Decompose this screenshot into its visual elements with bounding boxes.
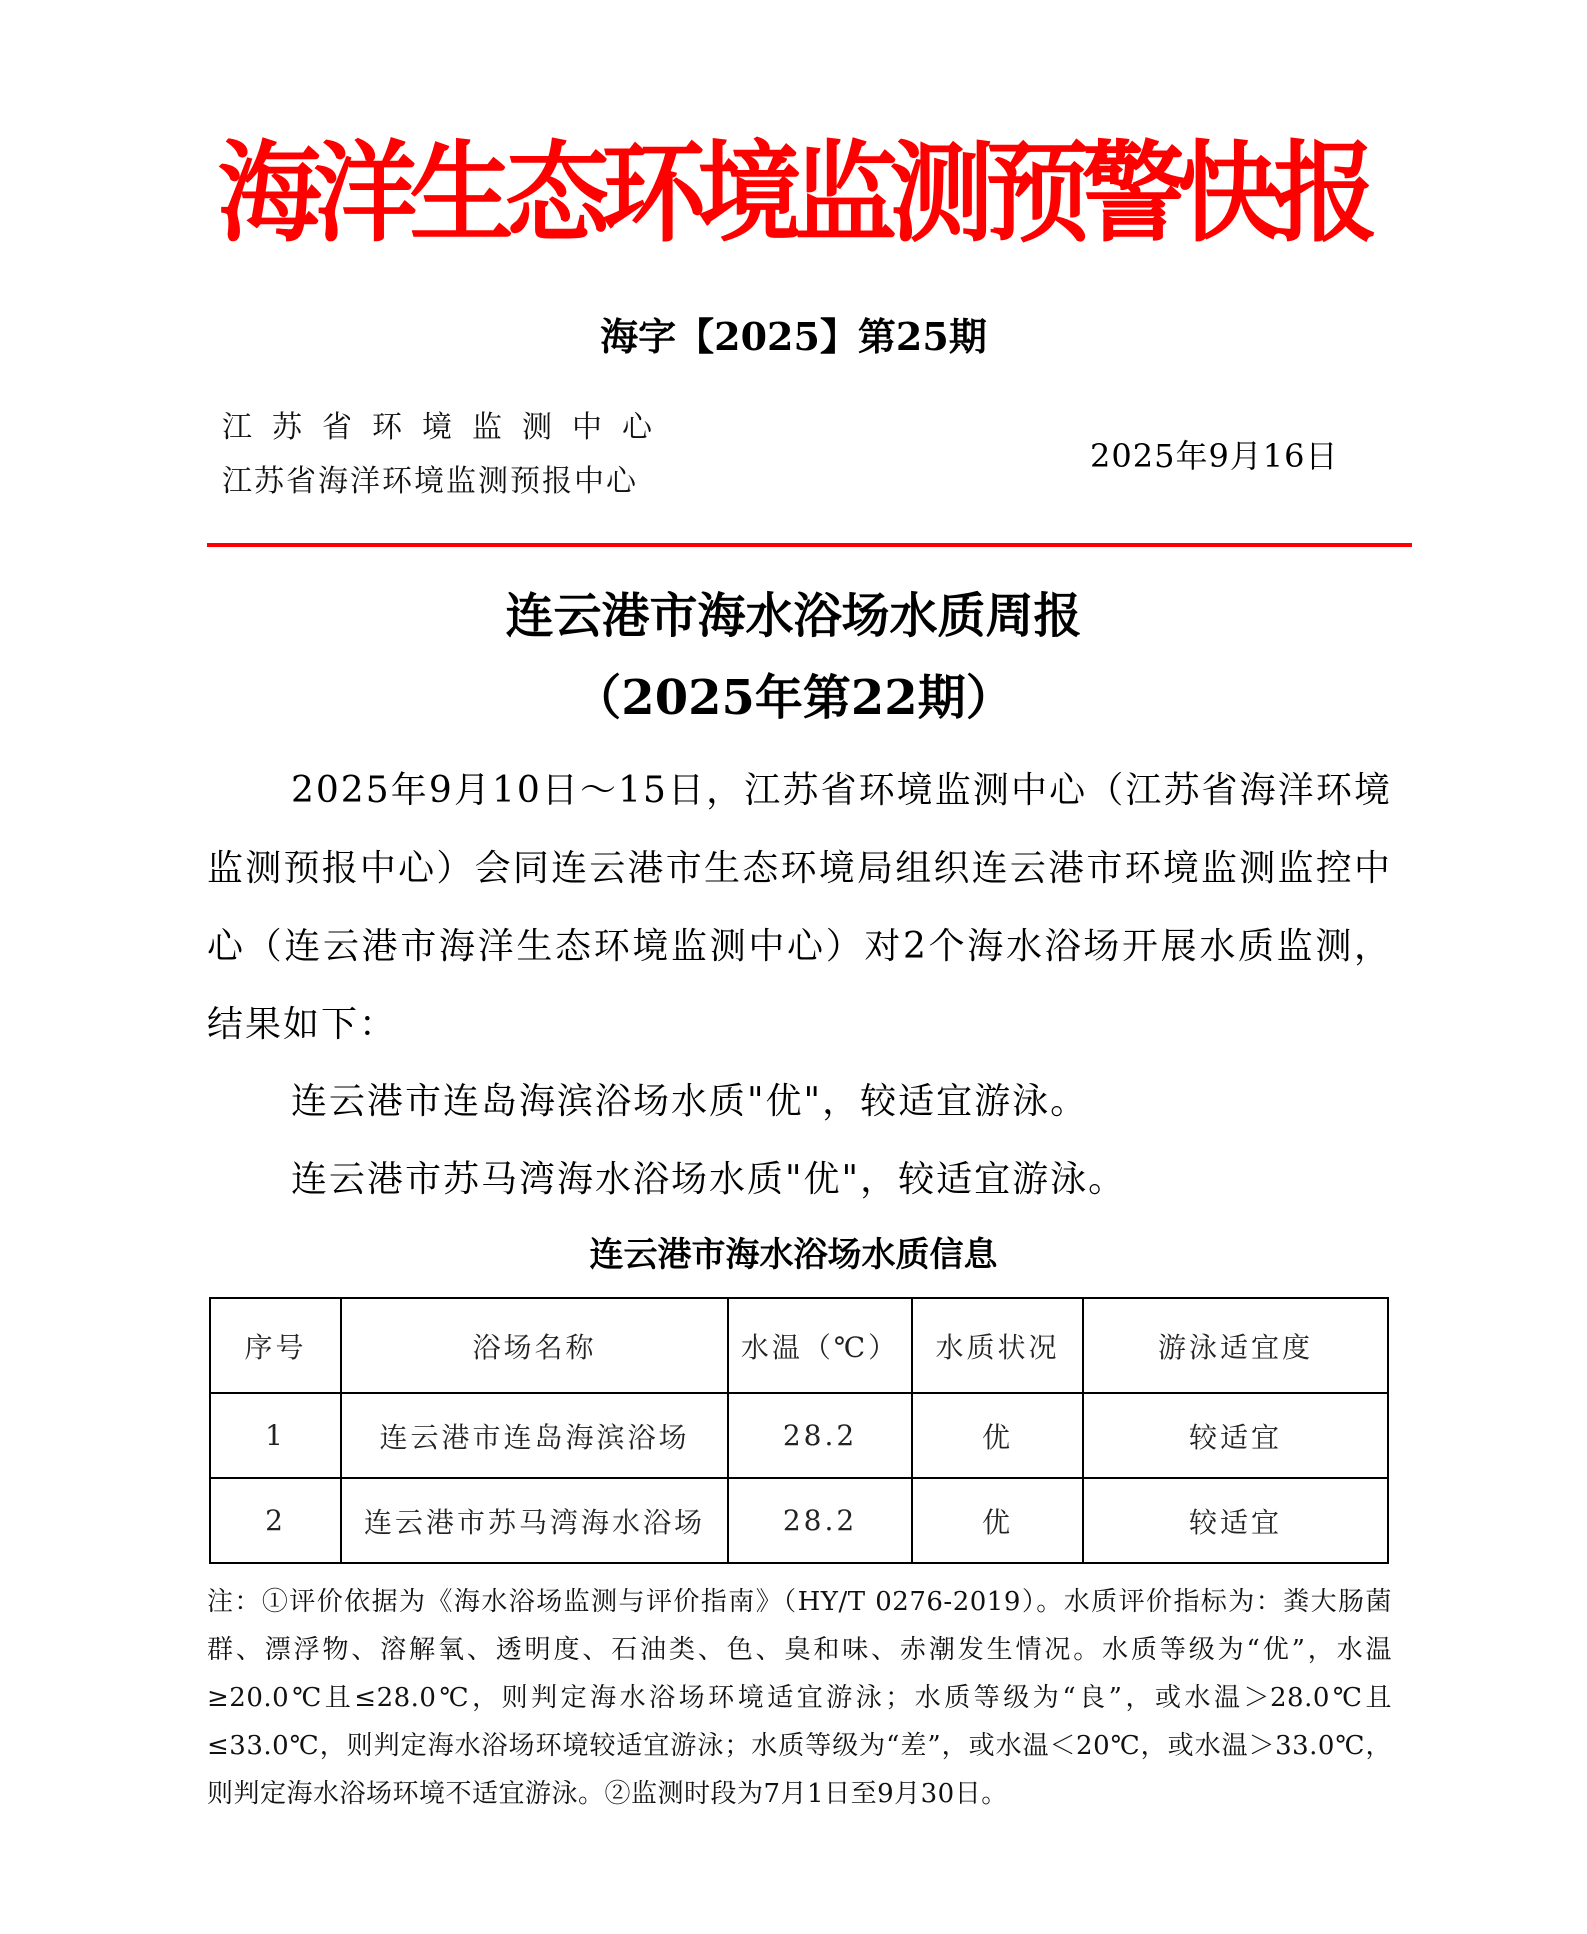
table-header-row: 序号 浴场名称 水温（℃） 水质状况 游泳适宜度 [210,1298,1388,1393]
result-line-2: 连云港市苏马湾海水浴场水质"优"，较适宜游泳。 [207,1141,1392,1219]
footnote: 注：①评价依据为《海水浴场监测与评价指南》（HY/T 0276-2019）。水质… [207,1578,1392,1818]
cell-swim-suitability: 较适宜 [1083,1478,1388,1563]
cell-water-quality: 优 [912,1393,1083,1478]
table-row: 2 连云港市苏马湾海水浴场 28.2 优 较适宜 [210,1478,1388,1563]
publish-date: 2025年9月16日 [1090,436,1339,476]
issuer-org-2: 江苏省海洋环境监测预报中心 [222,462,638,502]
header-beach-name: 浴场名称 [341,1298,728,1393]
cell-swim-suitability: 较适宜 [1083,1393,1388,1478]
header-water-temp: 水温（℃） [728,1298,912,1393]
red-divider [207,543,1412,547]
issuer-org-1: 江苏省环境监测中心 [222,408,672,448]
header-index: 序号 [210,1298,341,1393]
water-quality-table: 序号 浴场名称 水温（℃） 水质状况 游泳适宜度 1 连云港市连岛海滨浴场 28… [209,1297,1389,1564]
table-row: 1 连云港市连岛海滨浴场 28.2 优 较适宜 [210,1393,1388,1478]
cell-index: 2 [210,1478,341,1563]
header-swim-suitability: 游泳适宜度 [1083,1298,1388,1393]
cell-beach-name: 连云港市苏马湾海水浴场 [341,1478,728,1563]
issue-number: 海字【2025】第25期 [0,312,1587,362]
cell-beach-name: 连云港市连岛海滨浴场 [341,1393,728,1478]
cell-water-temp: 28.2 [728,1478,912,1563]
cell-water-temp: 28.2 [728,1393,912,1478]
cell-index: 1 [210,1393,341,1478]
header-water-quality: 水质状况 [912,1298,1083,1393]
cell-water-quality: 优 [912,1478,1083,1563]
report-title: 连云港市海水浴场水质周报 [0,586,1587,646]
masthead-title: 海洋生态环境监测预警快报 [0,114,1587,272]
table-caption: 连云港市海水浴场水质信息 [0,1232,1587,1278]
result-line-1: 连云港市连岛海滨浴场水质"优"，较适宜游泳。 [207,1063,1392,1141]
intro-paragraph: 2025年9月10日～15日，江苏省环境监测中心（江苏省海洋环境监测预报中心）会… [207,752,1392,1064]
report-subtitle: （2025年第22期） [0,668,1587,728]
